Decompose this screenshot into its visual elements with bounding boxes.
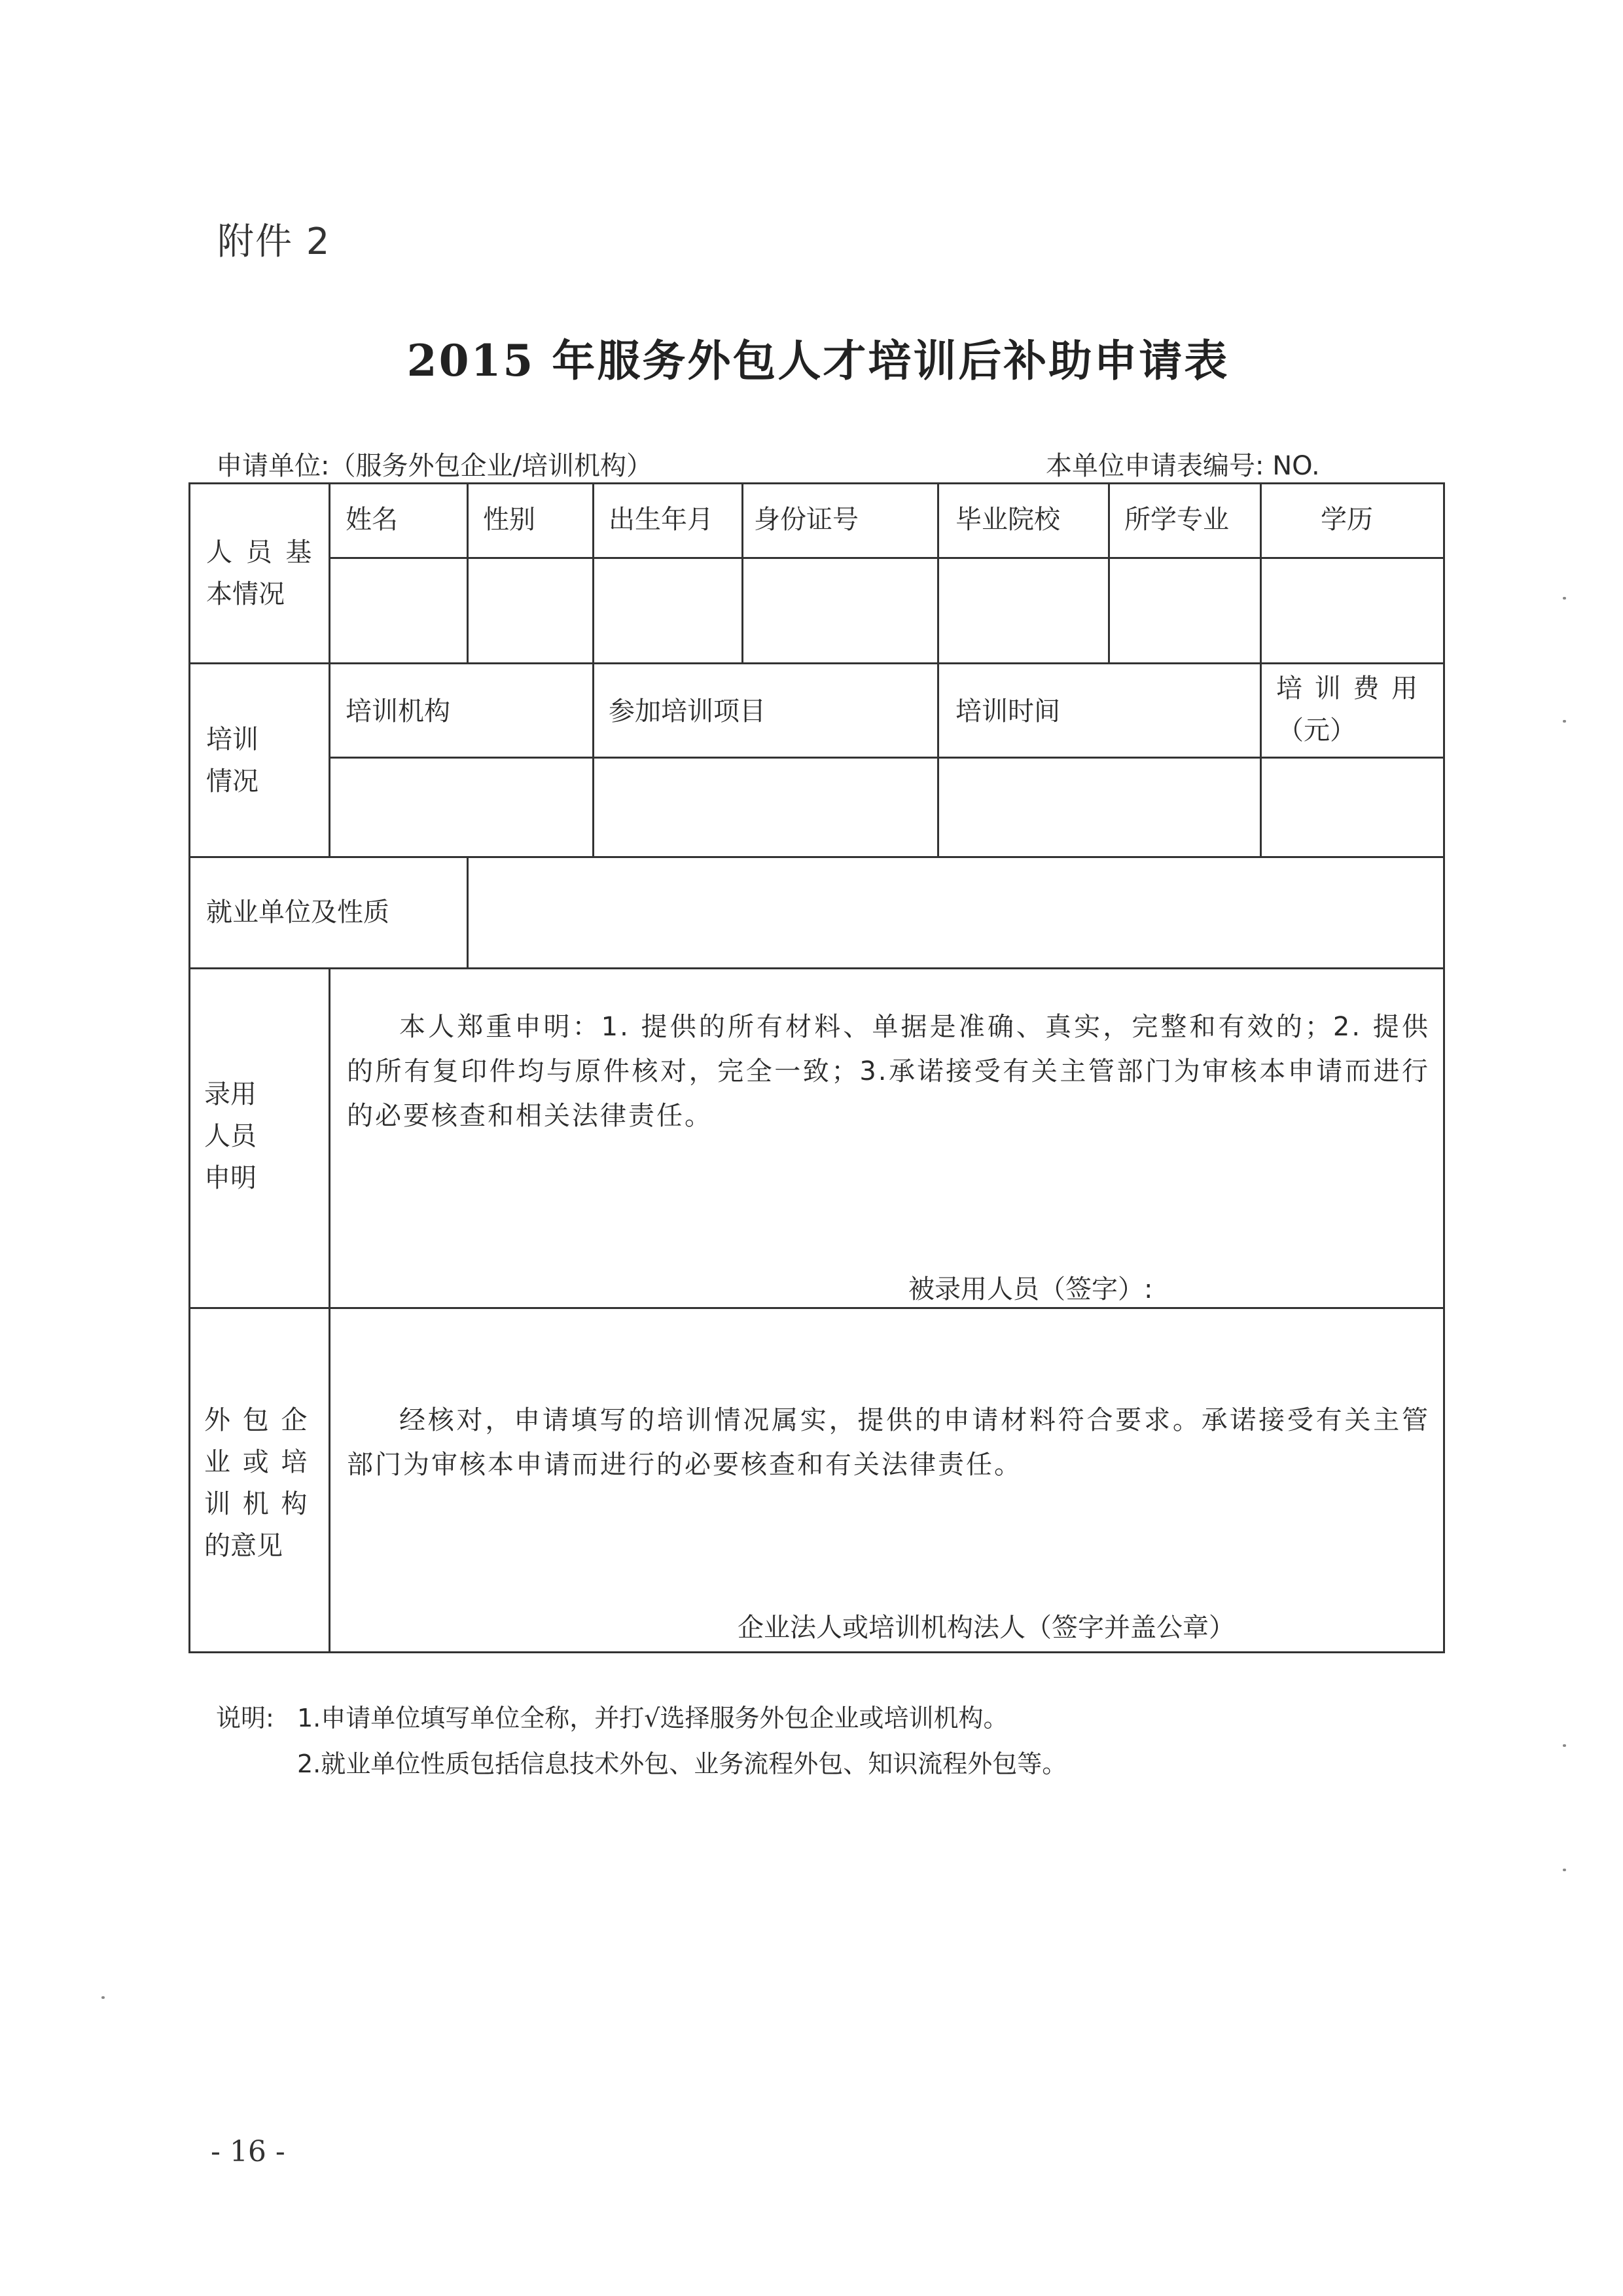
opinion-section-label-4: 的意见 xyxy=(204,1525,283,1567)
divider xyxy=(329,557,1445,559)
column-header-education: 学历 xyxy=(1321,499,1373,541)
divider xyxy=(188,967,1445,969)
birth-date-input-cell[interactable] xyxy=(594,560,741,662)
attachment-label: 附件 2 xyxy=(217,213,330,265)
column-header-training-fee: 培 训 费 用 xyxy=(1276,668,1419,709)
training-section-label-2: 情况 xyxy=(206,761,259,802)
note-item-2: 2.就业单位性质包括信息技术外包、业务流程外包、知识流程外包等。 xyxy=(297,1741,1067,1787)
column-header-school: 毕业院校 xyxy=(955,499,1060,541)
opinion-section-label-3: 训 机 构 xyxy=(204,1483,309,1525)
gender-input-cell[interactable] xyxy=(469,560,592,662)
column-header-training-institution: 培训机构 xyxy=(346,691,450,732)
scan-artifact xyxy=(1563,597,1566,600)
declaration-section-label-3: 申明 xyxy=(204,1157,257,1199)
employer-input-cell[interactable] xyxy=(469,858,1444,967)
applicant-unit-label: 申请单位:（服务外包企业/培训机构） xyxy=(216,445,652,482)
personnel-section-label-2: 本情况 xyxy=(206,573,285,615)
column-header-name: 姓名 xyxy=(346,499,398,541)
column-header-training-time: 培训时间 xyxy=(955,691,1060,732)
employee-signature-label: 被录用人员（签字）: xyxy=(908,1268,1152,1310)
major-input-cell[interactable] xyxy=(1110,560,1259,662)
declaration-section-label-2: 人员 xyxy=(204,1115,257,1157)
divider xyxy=(188,662,1445,664)
training-section-label: 培训 xyxy=(206,719,259,761)
training-institution-input-cell[interactable] xyxy=(330,759,592,855)
column-header-major: 所学专业 xyxy=(1124,499,1229,541)
scan-artifact xyxy=(101,1996,105,1999)
declaration-section-label: 录用 xyxy=(204,1073,257,1115)
opinion-section-label: 外 包 企 xyxy=(204,1399,309,1441)
training-time-input-cell[interactable] xyxy=(939,759,1259,855)
divider xyxy=(329,967,330,1653)
opinion-section-label-2: 业 或 培 xyxy=(204,1441,309,1483)
note-item-1: 1.申请单位填写单位全称，并打√选择服务外包企业或培训机构。 xyxy=(297,1695,1008,1741)
opinion-text: 经核对，申请填写的培训情况属实，提供的申请材料符合要求。承诺接受有关主管部门为审… xyxy=(347,1398,1430,1487)
scan-artifact xyxy=(1563,720,1566,723)
scan-artifact xyxy=(1563,1744,1566,1747)
column-header-training-fee-unit: （元） xyxy=(1277,709,1356,751)
education-input-cell[interactable] xyxy=(1262,560,1444,662)
notes-prefix: 说明: xyxy=(216,1695,274,1741)
personnel-section-label: 人 员 基 xyxy=(206,531,314,573)
legal-representative-signature-label: 企业法人或培训机构法人（签字并盖公章） xyxy=(738,1607,1235,1649)
training-program-input-cell[interactable] xyxy=(594,759,936,855)
page-number: - 16 - xyxy=(211,2135,285,2168)
employer-label: 就业单位及性质 xyxy=(206,891,389,933)
form-number-label: 本单位申请表编号: NO. xyxy=(1046,445,1320,482)
divider xyxy=(188,1307,1445,1309)
column-header-gender: 性别 xyxy=(483,499,535,541)
column-header-id-number: 身份证号 xyxy=(754,499,859,541)
page-title: 2015 年服务外包人才培训后补助申请表 xyxy=(0,326,1623,388)
training-fee-input-cell[interactable] xyxy=(1262,759,1444,855)
declaration-text: 本人郑重申明：1. 提供的所有材料、单据是准确、真实，完整和有效的；2. 提供的… xyxy=(347,1005,1430,1138)
scan-artifact xyxy=(1563,1869,1566,1871)
name-input-cell[interactable] xyxy=(330,560,466,662)
school-input-cell[interactable] xyxy=(939,560,1107,662)
id-number-input-cell[interactable] xyxy=(743,560,936,662)
column-header-birth-date: 出生年月 xyxy=(609,499,713,541)
column-header-training-program: 参加培训项目 xyxy=(609,691,766,732)
